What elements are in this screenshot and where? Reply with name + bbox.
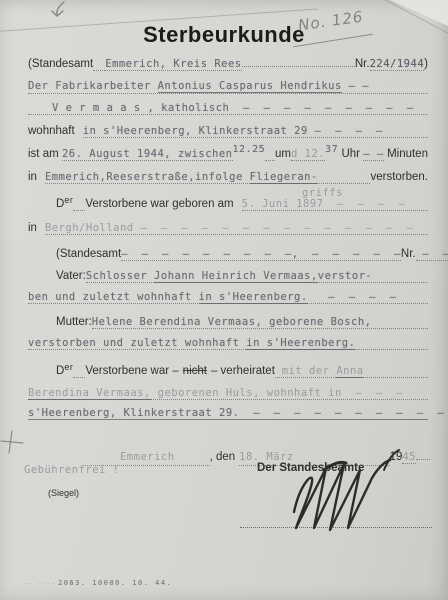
um-label: um: [275, 148, 291, 160]
deceased-occupation: Der Fabrikarbeiter: [28, 80, 158, 92]
death-place-value: Emmerich,Reeserstraße,infolge Fliegeran-: [45, 171, 371, 184]
marriage-pre2: – verheiratet: [211, 365, 275, 377]
marriage-pre1: Verstorbene war –: [85, 365, 178, 377]
form-row-death-place: in Emmerich,Reeserstraße,infolge Flieger…: [28, 171, 428, 184]
death-time-to-minutes: 37: [325, 144, 338, 155]
death-time-from: 12.25: [233, 144, 266, 155]
marriage-typed-line3: s'Heerenberg, Klinkerstraat 29. – – – – …: [28, 407, 444, 419]
form-row-marriage: Der Verstorbene war – nicht – verheirate…: [56, 365, 428, 378]
form-row-birth-date: Der Verstorbene war geboren am 5. Juni 1…: [56, 198, 428, 211]
deceased-name-dashes: – –: [342, 80, 369, 92]
in-label: in: [28, 171, 37, 183]
birth-date-value: 5. Juni 1897 – – – –: [242, 198, 428, 211]
marriage-typed-line1: mit der Anna: [275, 365, 428, 378]
death-certificate-scan: Sterbeurkunde No. 126 (Standesamt Emmeri…: [0, 0, 448, 600]
birth-place-value: Bergh/Holland – – – – – – – – – – – – – …: [45, 222, 428, 235]
gebuehrenfrei-note: Gebührenfrei !: [24, 464, 120, 476]
surname-dashes: – – – – – – – – –: [229, 102, 413, 114]
closing-paren: ): [424, 58, 428, 70]
vater-label: Vater:: [56, 270, 86, 282]
nr-label: Nr.: [355, 58, 370, 70]
ist-am-label: ist am: [28, 148, 59, 160]
marriage-typed-line2: Berendina Vermaas, geborenen Huls, wohnh…: [28, 387, 403, 399]
nr-2-dashes: – – –: [416, 248, 448, 261]
death-date-value: 26. August 1944, zwischen: [62, 148, 233, 161]
death-time-to: d 12.: [291, 148, 325, 161]
uhr-label: Uhr: [341, 148, 360, 160]
form-row-mother: Mutter: Helene Berendina Vermaas, gebore…: [56, 316, 428, 329]
der-label-2: D: [56, 365, 64, 377]
deceased-surname-religion: V e r m a a s , katholisch: [28, 102, 229, 114]
form-row-residence: wohnhaft in s'Heerenberg, Klinkerstraat …: [28, 125, 428, 138]
form-row-birth-place: in Bergh/Holland – – – – – – – – – – – –…: [28, 222, 428, 235]
form-row-marriage-2: Berendina Vermaas, geborenen Huls, wohnh…: [28, 387, 428, 400]
residence-value: in s'Heerenberg, Klinkerstraat 29 – – – …: [83, 125, 428, 138]
document-title: Sterbeurkunde: [0, 22, 448, 48]
den-label: , den: [210, 451, 236, 463]
form-row-standesamt-2: (Standesamt – – – – – – – – –, – – – – –…: [56, 248, 428, 261]
verstorben-label: verstorben.: [370, 171, 428, 183]
form-row-death-datetime: ist am 26. August 1944, zwischen 12.25 u…: [28, 148, 428, 161]
form-row-father: Vater: Schlosser Johann Heinrich Vermaas…: [56, 270, 428, 283]
uhr-dashes: – –: [363, 148, 383, 161]
nicht-struck-label: nicht: [183, 365, 207, 377]
der-label: D: [56, 198, 64, 210]
standesamt-label: (Standesamt: [28, 58, 93, 70]
siegel-label: (Siegel): [48, 488, 79, 498]
form-row-standesamt: (Standesamt Emmerich, Kreis Rees Nr. 224…: [28, 58, 428, 71]
mutter-label: Mutter:: [56, 316, 92, 328]
standesamt-value: Emmerich, Kreis Rees: [105, 58, 241, 71]
geboren-label: Verstorbene war geboren am: [85, 198, 233, 210]
form-row-mother-2: verstorben und zuletzt wohnhaft in s'Hee…: [28, 337, 428, 350]
nr-value: 224/1944: [370, 58, 425, 71]
father-value-line1: Schlosser Johann Heinrich Vermaas,versto…: [86, 270, 428, 283]
nr-label-2: Nr.: [401, 248, 416, 260]
deceased-given-names: Antonius Casparus Hendrikus: [158, 80, 342, 93]
minuten-label: Minuten: [387, 148, 428, 160]
standesamt-2-dashes: – – – – – – – – –, – – – – –: [121, 248, 401, 261]
father-value-line2: ben und zuletzt wohnhaft in s'Heerenberg…: [28, 291, 396, 303]
signature: [272, 448, 422, 540]
form-row-surname: V e r m a a s , katholisch – – – – – – –…: [28, 102, 428, 115]
mother-value-line2: verstorben und zuletzt wohnhaft in s'Hee…: [28, 337, 355, 349]
pencil-plus-mark-icon: [0, 428, 26, 456]
form-row-father-2: ben und zuletzt wohnhaft in s'Heerenberg…: [28, 291, 428, 304]
standesamt-label-2: (Standesamt: [56, 248, 121, 260]
wohnhaft-label: wohnhaft: [28, 125, 75, 137]
pencil-check-mark-icon: [48, 0, 74, 22]
form-row-marriage-3: s'Heerenberg, Klinkerstraat 29. – – – – …: [28, 407, 428, 420]
in-label-2: in: [28, 222, 37, 234]
print-code: 2063. 10000. 10. 44.: [58, 579, 172, 587]
form-row-deceased-names: Der Fabrikarbeiter Antonius Casparus Hen…: [28, 80, 428, 94]
mother-value-line1: Helene Berendina Vermaas, geborene Bosch…: [92, 316, 428, 329]
